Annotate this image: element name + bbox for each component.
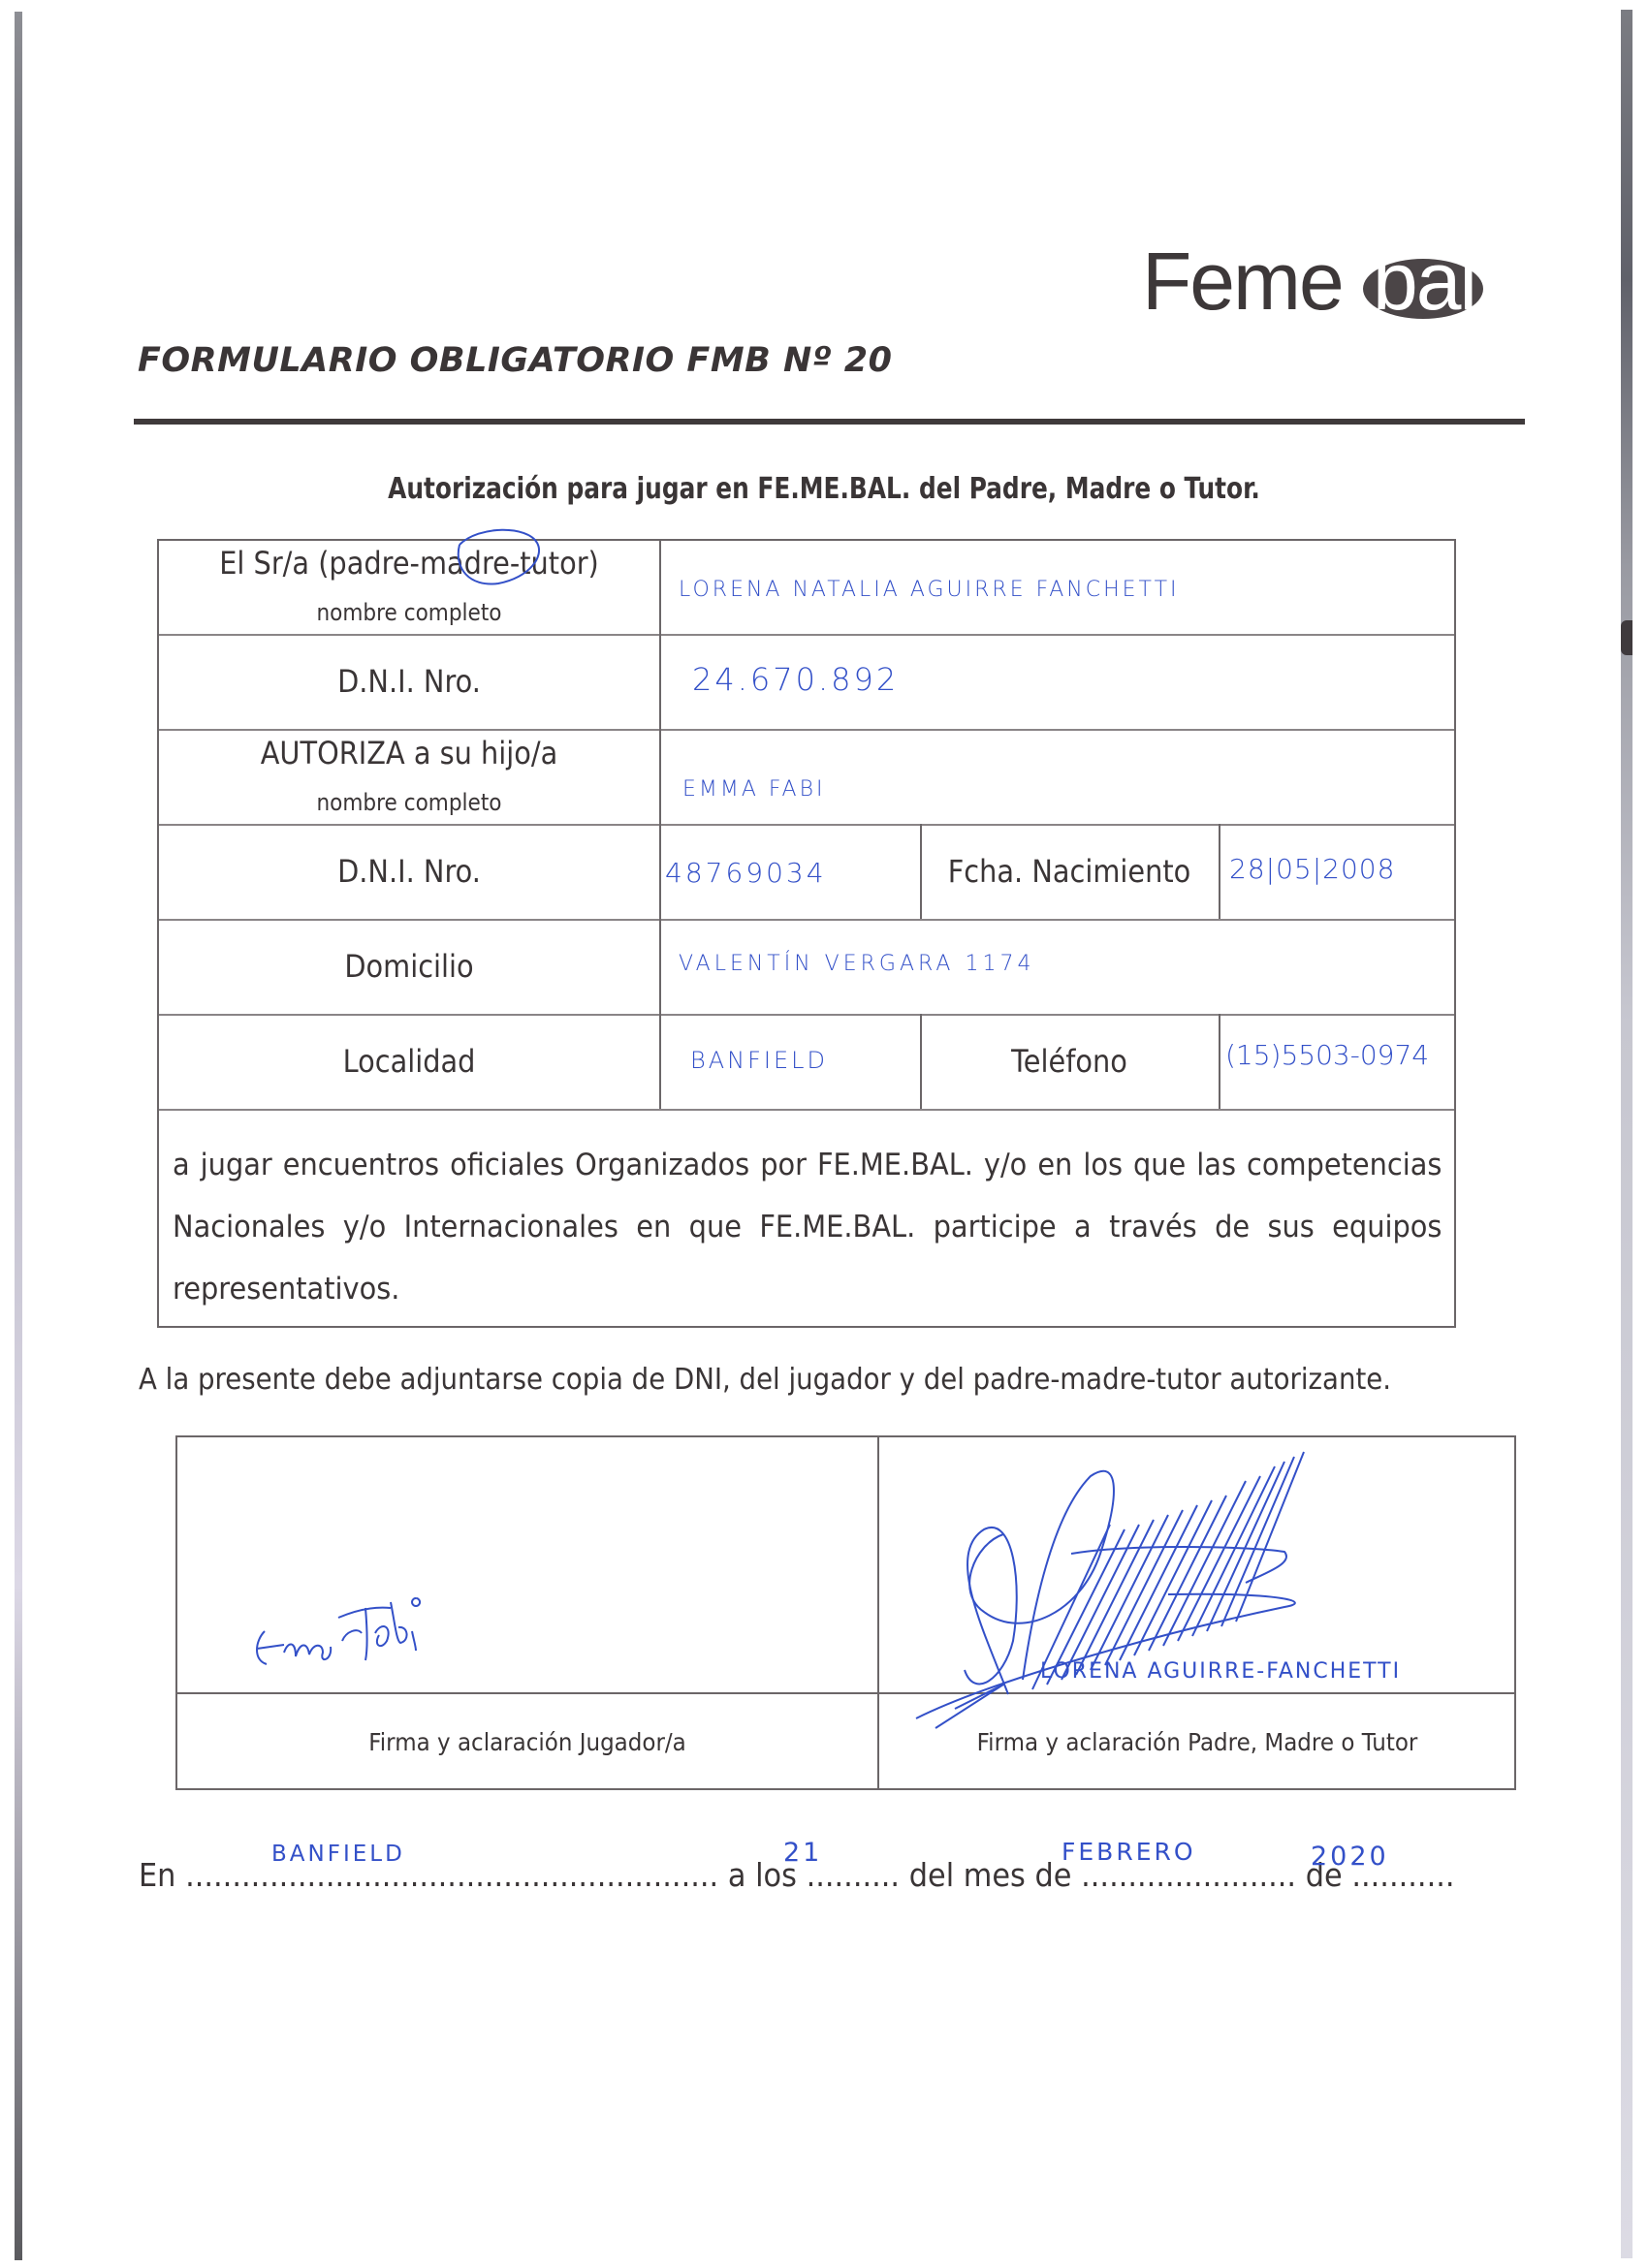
- child-label: AUTORIZA a su hijo/a: [184, 735, 634, 772]
- month-value[interactable]: FEBRERO: [1062, 1838, 1196, 1866]
- day-value[interactable]: 21: [783, 1838, 822, 1868]
- col-divider: [920, 1014, 922, 1109]
- child-dni-value[interactable]: 48769034: [665, 857, 827, 889]
- scan-clip-mark: [1621, 620, 1632, 655]
- child-dni-label: D.N.I. Nro.: [184, 853, 634, 890]
- femebal-logo: Feme bal: [1142, 237, 1510, 325]
- year-value[interactable]: 2020: [1311, 1842, 1389, 1872]
- logo-prefix: Feme: [1142, 237, 1343, 325]
- phone-label: Teléfono: [935, 1043, 1203, 1080]
- form-title: FORMULARIO OBLIGATORIO FMB Nº 20: [138, 341, 892, 380]
- birth-date-label: Fcha. Nacimiento: [935, 853, 1203, 890]
- row-divider: [159, 634, 1454, 636]
- col-divider: [920, 824, 922, 919]
- place-value[interactable]: BANFIELD: [271, 1842, 405, 1867]
- address-value[interactable]: VALENTÍN VERGARA 1174: [679, 952, 1034, 976]
- row-divider: [159, 824, 1454, 826]
- parent-sublabel: nombre completo: [184, 599, 634, 626]
- parent-dni-label: D.N.I. Nro.: [184, 663, 634, 700]
- birth-date-value[interactable]: 28|05|2008: [1229, 853, 1395, 885]
- guardian-clarification: LORENA AGUIRRE-FANCHETTI: [1040, 1659, 1401, 1684]
- locality-value[interactable]: BANFIELD: [690, 1047, 828, 1074]
- parent-dni-value[interactable]: 24.670.892: [692, 661, 899, 698]
- mes-label: del mes de: [909, 1856, 1072, 1894]
- guardian-signature[interactable]: LORENA AGUIRRE-FANCHETTI: [877, 1437, 1517, 1748]
- scan-edge-right: [1621, 10, 1632, 2258]
- col-divider: [1219, 1014, 1220, 1109]
- place-dots: ........................................…: [185, 1856, 718, 1894]
- parent-label: El Sr/a (padre-madre-tutor): [184, 545, 634, 582]
- title-rule: [134, 419, 1525, 425]
- attachment-note: A la presente debe adjuntarse copia de D…: [139, 1363, 1391, 1397]
- child-sublabel: nombre completo: [184, 789, 634, 816]
- row-divider: [159, 919, 1454, 921]
- authorization-text: a jugar encuentros oficiales Organizados…: [173, 1134, 1442, 1320]
- form-subtitle: Autorización para jugar en FE.ME.BAL. de…: [0, 472, 1648, 506]
- parent-name-value[interactable]: LORENA NATALIA AGUIRRE FANCHETTI: [679, 578, 1180, 602]
- row-divider: [159, 1014, 1454, 1016]
- child-name-value[interactable]: EMMA FABI: [682, 777, 825, 802]
- col-divider: [1219, 824, 1220, 919]
- authorization-cell: a jugar encuentros oficiales Organizados…: [159, 1111, 1454, 1328]
- signature-table: Firma y aclaración Jugador/a LORENA AGUI…: [175, 1435, 1516, 1790]
- phone-value[interactable]: (15)5503-0974: [1225, 1039, 1429, 1071]
- guardian-signature-caption: Firma y aclaración Padre, Madre o Tutor: [903, 1728, 1491, 1756]
- subtitle-text: Autorización para jugar en FE.ME.BAL. de…: [388, 472, 1260, 506]
- player-signature[interactable]: [245, 1563, 478, 1680]
- address-label: Domicilio: [184, 948, 634, 985]
- col-divider: [659, 541, 661, 1109]
- authorization-form-table: El Sr/a (padre-madre-tutor) nombre compl…: [157, 539, 1456, 1328]
- circled-madre-mark: [440, 529, 547, 597]
- locality-label: Localidad: [184, 1043, 634, 1080]
- row-divider: [159, 729, 1454, 731]
- en-label: En: [139, 1856, 175, 1894]
- scan-edge-left: [15, 12, 22, 2260]
- logo-suffix: bal: [1373, 237, 1475, 325]
- player-signature-caption: Firma y aclaración Jugador/a: [206, 1728, 849, 1756]
